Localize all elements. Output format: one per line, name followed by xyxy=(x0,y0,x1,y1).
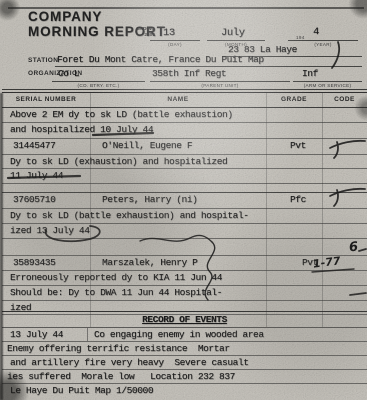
record-of-events-title: RECORD OF EVENTS xyxy=(142,314,227,325)
ending-2400-label: ENDING 2400 xyxy=(133,27,155,39)
report-date-year: 4 xyxy=(313,26,319,38)
personnel-table: SERIAL NUMBER NAME GRADE CODE Above 2 EM… xyxy=(2,92,367,327)
day-sublabel: (DAY) xyxy=(150,42,200,47)
serial-number-header: SERIAL NUMBER xyxy=(2,93,90,107)
remark-text: Dy to sk LD (battle exhaustion) and hosp… xyxy=(2,209,367,222)
events-row: ies suffered Morale low Location 232 837 xyxy=(2,370,367,384)
soldier-name: Marszalek, Henry P xyxy=(90,256,266,270)
code-header: CODE xyxy=(322,93,367,107)
table-row: Dy to sk LD (exhaustion) and hospitalize… xyxy=(2,155,367,169)
table-row: and hospitalized 10 July 44 xyxy=(2,123,367,139)
station-label: STATION xyxy=(28,57,58,64)
remark-text: Erroneously reported dy to KIA 11 Jun 44 xyxy=(2,271,367,284)
name-header: NAME xyxy=(90,93,266,107)
handwritten-code-6: 6 xyxy=(348,240,358,256)
parent-unit-sublabel: (PARENT UNIT) xyxy=(150,83,290,88)
events-text: Co engaging enemy in wooded area xyxy=(94,329,264,341)
record-of-events-header: RECORD OF EVENTS xyxy=(2,312,367,328)
ending-2400: 2400 xyxy=(133,33,155,39)
table-header-row: SERIAL NUMBER NAME GRADE CODE xyxy=(2,92,367,108)
arm-field-rule xyxy=(293,81,362,82)
grade-value: Pfc xyxy=(266,193,322,208)
organization-arm: Inf xyxy=(302,68,318,79)
remark-text: 11 July 44 xyxy=(2,169,367,182)
year-field-rule xyxy=(288,40,358,41)
form-title-line1: COMPANY xyxy=(28,10,166,25)
events-text: Enemy offering terrific resistance Morta… xyxy=(7,343,230,355)
table-row: Above 2 EM dy to sk LD (battle exhaustio… xyxy=(2,108,367,123)
organization-parent-unit: 358th Inf Regt xyxy=(152,68,226,79)
events-text: Le Haye Du Puit Map 1/50000 xyxy=(10,385,153,397)
day-field-rule xyxy=(150,40,200,41)
events-text: ies suffered Morale low Location 232 837 xyxy=(7,371,235,383)
events-row: and artillery fire very heavy Severe cas… xyxy=(2,356,367,370)
company-sublabel: (CO. BTRY. ETC.) xyxy=(52,83,145,88)
table-row-peters: 37605710 Peters, Harry (ni) Pfc xyxy=(2,193,367,209)
events-text: and artillery fire very heavy Severe cas… xyxy=(10,357,249,369)
month-field-rule xyxy=(207,40,265,41)
table-row: Dy to sk LD (battle exhaustion) and hosp… xyxy=(2,209,367,224)
table-row: 11 July 44 xyxy=(2,169,367,184)
serial-number: 31445477 xyxy=(2,139,90,154)
company-field-rule xyxy=(52,81,145,82)
events-row: Le Haye Du Puit Map 1/50000 xyxy=(2,384,367,400)
code-cell xyxy=(322,139,367,154)
blank-cell xyxy=(2,184,367,185)
events-row: 13 July 44 Co engaging enemy in wooded a… xyxy=(2,328,367,342)
organization-company: Co L xyxy=(58,68,79,79)
remark-text: Above 2 EM dy to sk LD (battle exhaustio… xyxy=(2,108,367,121)
record-of-events-section: RECORD OF EVENTS 13 July 44 Co engaging … xyxy=(2,311,367,400)
ending-label: ENDING xyxy=(133,27,155,33)
remark-text: ized 13 July 44 xyxy=(2,224,367,237)
soldier-name: Peters, Harry (ni) xyxy=(90,193,266,208)
serial-number: 37605710 xyxy=(2,193,90,208)
report-date-month: July xyxy=(221,27,245,39)
table-row: Erroneously reported dy to KIA 11 Jun 44 xyxy=(2,271,367,286)
soldier-name: O'Neill, Eugene F xyxy=(90,139,266,154)
scanned-morning-report-document: COMPANY MORNING REPORT ENDING 2400 13 Ju… xyxy=(0,0,367,400)
events-date: 13 July 44 xyxy=(10,329,63,341)
table-row-blank xyxy=(2,184,367,193)
table-row: Should be: Dy to DWA 11 Jun 44 Hospital- xyxy=(2,286,367,301)
year-sublabel: (YEAR) xyxy=(288,42,358,47)
events-date-divider xyxy=(87,328,88,341)
code-cell xyxy=(322,193,367,208)
arm-sublabel: (ARM OR SERVICE) xyxy=(293,83,362,88)
grade-value: Pvt xyxy=(266,139,322,154)
station-value: Foret Du Mont Catre, France Du Puit Map xyxy=(57,54,264,65)
serial-number: 35893435 xyxy=(2,256,90,270)
report-date-day: 13 xyxy=(163,27,175,39)
scan-left-edge-artifact xyxy=(0,93,3,400)
events-row: Enemy offering terrific resistance Morta… xyxy=(2,342,367,356)
remark-text: Dy to sk LD (exhaustion) and hospitalize… xyxy=(2,155,367,168)
table-row: ized 13 July 44 xyxy=(2,224,367,239)
table-row-blank xyxy=(2,239,367,256)
station-field-rule xyxy=(55,66,362,67)
grade-header: GRADE xyxy=(266,93,322,107)
remark-text: and hospitalized 10 July 44 xyxy=(2,123,367,136)
header-table-divider xyxy=(2,89,367,90)
table-row-oneill: 31445477 O'Neill, Eugene F Pvt xyxy=(2,139,367,155)
parent-unit-field-rule xyxy=(150,81,290,82)
blank-cell xyxy=(2,239,367,240)
remark-text: Should be: Dy to DWA 11 Jun 44 Hospital- xyxy=(2,286,367,299)
